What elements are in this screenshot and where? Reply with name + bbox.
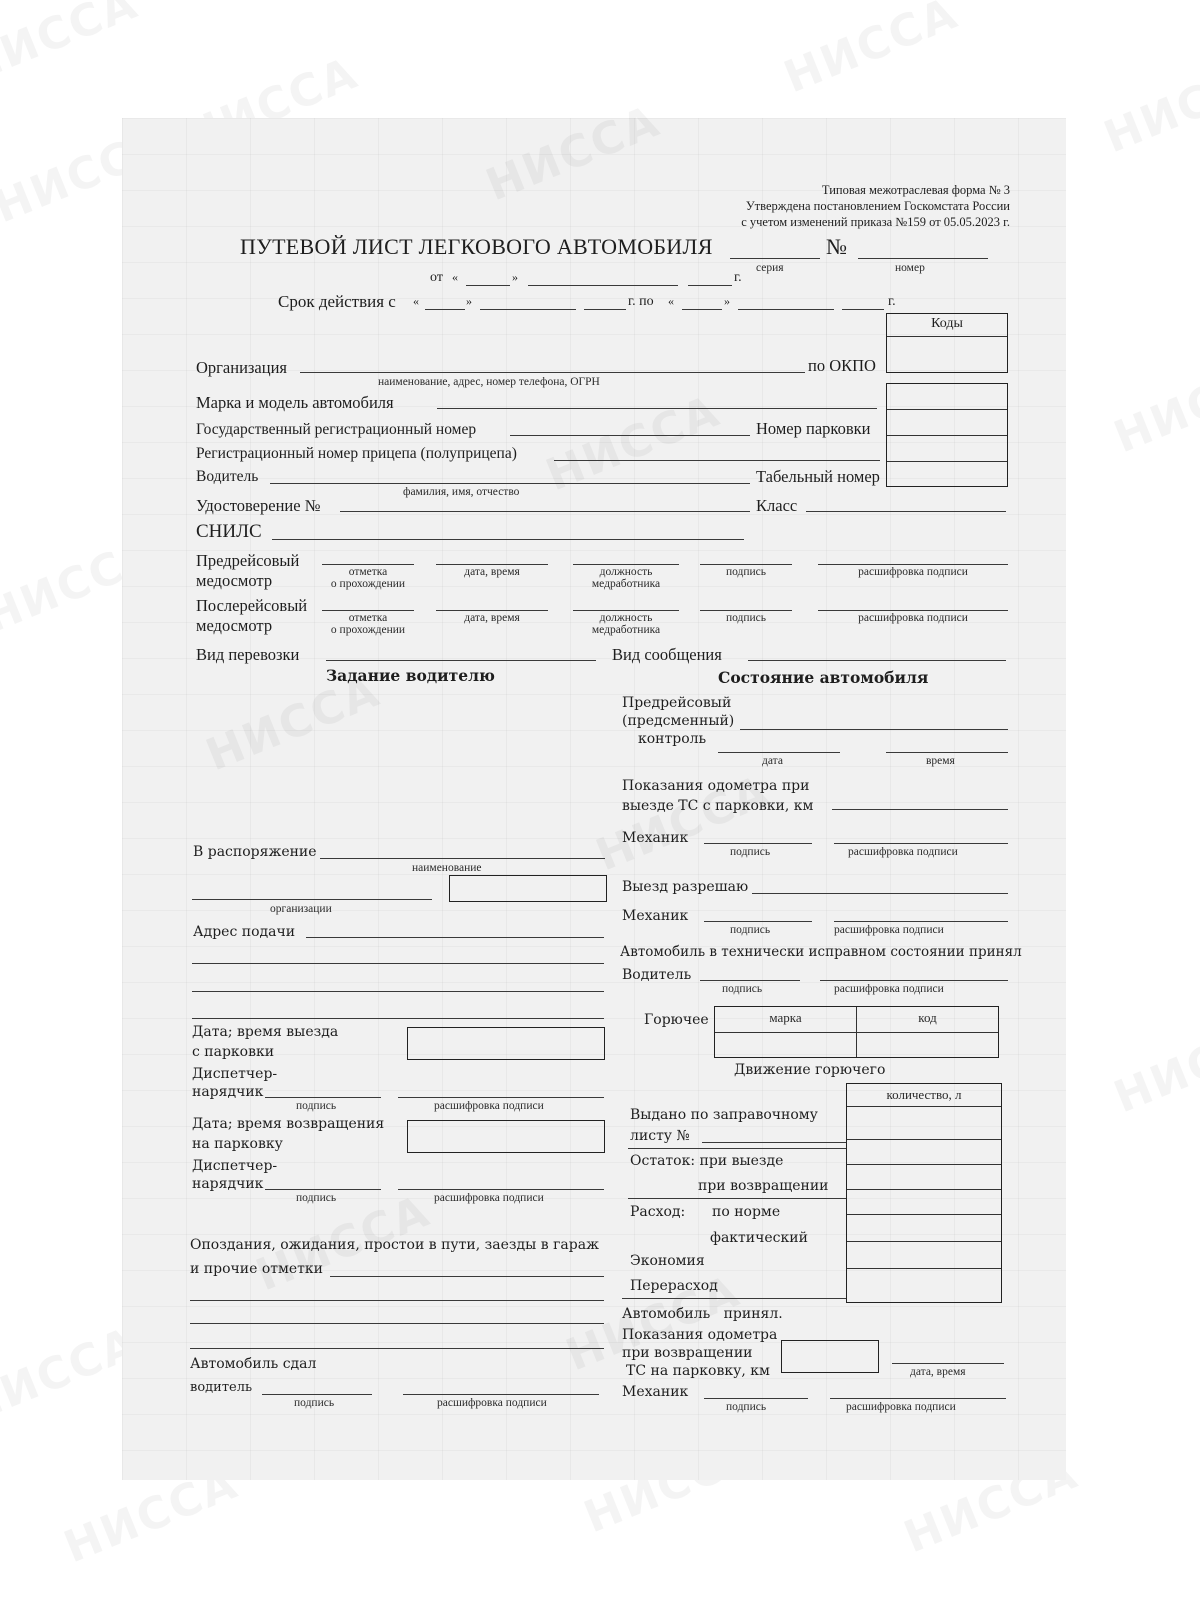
address-field[interactable] [306, 937, 604, 938]
quote-open: « [668, 294, 674, 309]
organization-field[interactable] [300, 372, 805, 373]
mechanic-label: Механик [622, 830, 688, 846]
sign-caption: подпись [730, 846, 770, 858]
pre-trip-line2: медосмотр [196, 571, 299, 591]
medical-caption-line1: должность [573, 612, 679, 624]
medical-caption: должностьмедработника [573, 566, 679, 590]
date-year-field[interactable] [688, 285, 732, 286]
dispatcher-return-sign-field[interactable] [265, 1189, 381, 1190]
post-medical-field-2[interactable] [573, 610, 679, 611]
issued-label: Выдано по заправочному [630, 1107, 818, 1123]
departure-datetime-label: Дата; время выезда с парковки [192, 1022, 338, 1062]
consumption-norm-label: по норме [712, 1204, 780, 1220]
disposal-caption-org: организации [270, 903, 332, 915]
economy-label: Экономия [630, 1253, 705, 1269]
sign-caption: подпись [296, 1192, 336, 1204]
transport-type-field[interactable] [326, 660, 596, 661]
message-type-label: Вид сообщения [612, 645, 722, 665]
medical-caption-line1: дата, время [436, 566, 548, 578]
issued-label-2: листу № [630, 1128, 690, 1144]
return-mechanic-decode-field[interactable] [830, 1398, 1006, 1399]
precontrol-line1: Предрейсовый [622, 694, 734, 712]
address-field-2[interactable] [192, 963, 604, 964]
fuel-label: Горючее [644, 1012, 709, 1028]
dispatcher-return-label: Диспетчер- нарядчик [192, 1157, 277, 1193]
form-approval: Утверждена постановлением Госкомстата Ро… [741, 198, 1010, 214]
delays-field-2[interactable] [190, 1300, 604, 1301]
dispatcher-label: Диспетчер- нарядчик [192, 1065, 277, 1101]
overrun-label: Перерасход [630, 1278, 718, 1294]
decode-caption: расшифровка подписи [437, 1397, 547, 1409]
watermark: НИССА [1107, 348, 1200, 464]
organization-label: Организация [196, 358, 287, 378]
codes-vehicle-box [886, 383, 1008, 487]
post-medical-field-4[interactable] [818, 610, 1008, 611]
mechanic-label: Механик [622, 1384, 688, 1400]
trailer-number-field[interactable] [554, 460, 880, 461]
validity-to-label: г. по [628, 294, 654, 310]
dispatcher-line2: нарядчик [192, 1083, 277, 1101]
watermark: НИССА [0, 0, 145, 93]
watermark: НИССА [1097, 48, 1200, 164]
quote-open: « [413, 294, 419, 309]
date-day-field[interactable] [466, 285, 510, 286]
form-type: Типовая межотраслевая форма № 3 [741, 182, 1010, 198]
return-line1: Дата; время возвращения [192, 1114, 384, 1134]
validity-to-day[interactable] [682, 309, 722, 310]
mechanic-decode-field[interactable] [834, 843, 1008, 844]
license-label: Удостоверение № [196, 496, 320, 516]
decode-caption: расшифровка подписи [434, 1192, 544, 1204]
snils-label: СНИЛС [196, 521, 262, 543]
medical-caption-line2: медработника [573, 578, 679, 590]
fuel-table: марка код [714, 1006, 999, 1058]
okpo-code-cell[interactable] [887, 337, 1007, 372]
fuel-brand-header: марка [715, 1010, 856, 1026]
decode-caption: расшифровка подписи [848, 846, 958, 858]
personnel-number-label: Табельный номер [756, 467, 880, 487]
balance-return-label: при возвращении [698, 1178, 829, 1194]
validity-from-year[interactable] [584, 309, 626, 310]
year-suffix: г. [734, 270, 742, 286]
medical-caption: подпись [700, 612, 792, 624]
address-label: Адрес подачи [193, 924, 295, 940]
quantity-header: количество, л [847, 1087, 1001, 1103]
trailer-number-label: Регистрационный номер прицепа (полуприце… [196, 445, 517, 463]
medical-caption-line1: должность [573, 566, 679, 578]
pre-medical-field-2[interactable] [573, 564, 679, 565]
exit-allowed-field[interactable] [752, 893, 1008, 894]
odometer-out-line1: Показания одометра при [622, 776, 813, 796]
pre-medical-field-1[interactable] [436, 564, 548, 565]
dispatcher-return-decode-field[interactable] [398, 1189, 604, 1190]
post-medical-field-1[interactable] [436, 610, 548, 611]
departure-line2: с парковки [192, 1042, 338, 1062]
handed-decode-field[interactable] [403, 1394, 599, 1395]
pre-medical-field-3[interactable] [700, 564, 792, 565]
form-amendment: с учетом изменений приказа №159 от 05.05… [741, 214, 1010, 230]
delays-label-2: и прочие отметки [190, 1261, 323, 1277]
mechanic-sign-field[interactable] [704, 843, 812, 844]
exit-mechanic-decode-field[interactable] [834, 921, 1008, 922]
sign-caption: подпись [294, 1397, 334, 1409]
address-field-3[interactable] [192, 991, 604, 992]
medical-caption-line1: расшифровка подписи [818, 566, 1008, 578]
driver-sign-field[interactable] [700, 980, 800, 981]
medical-caption-line1: отметка [322, 612, 414, 624]
exit-mechanic-sign-field[interactable] [704, 921, 812, 922]
driver-decode-field[interactable] [820, 980, 1008, 981]
mechanic-label: Механик [622, 908, 688, 924]
form-header: Типовая межотраслевая форма № 3 Утвержде… [741, 182, 1010, 230]
address-field-4[interactable] [192, 1018, 604, 1019]
okpo-label: по ОКПО [808, 356, 876, 376]
return-mechanic-sign-field[interactable] [704, 1398, 808, 1399]
reg-number-label: Государственный регистрационный номер [196, 421, 476, 439]
odometer-in-box[interactable] [781, 1340, 879, 1373]
odometer-in-line3: ТС на парковку, км [622, 1362, 777, 1380]
medical-caption-line1: отметка [322, 566, 414, 578]
decode-caption: расшифровка подписи [434, 1100, 544, 1112]
dispatcher-line1: Диспетчер- [192, 1065, 277, 1083]
medical-caption: дата, время [436, 612, 548, 624]
series-field[interactable] [730, 258, 820, 259]
divider [628, 1198, 846, 1199]
medical-caption: расшифровка подписи [818, 566, 1008, 578]
odometer-out-field[interactable] [832, 809, 1008, 810]
precontrol-line2: (предсменный) [622, 712, 734, 730]
validity-label: Срок действия с [278, 292, 396, 312]
class-label: Класс [756, 496, 797, 516]
number-field[interactable] [858, 258, 988, 259]
watermark: НИССА [479, 96, 667, 212]
decode-caption: расшифровка подписи [846, 1401, 956, 1413]
post-trip-line2: медосмотр [196, 616, 307, 636]
departure-line1: Дата; время выезда [192, 1022, 338, 1042]
disposal-field-2[interactable] [192, 899, 432, 900]
parking-number-label: Номер парковки [756, 419, 870, 439]
codes-header: Коды [887, 316, 1007, 332]
car-model-field[interactable] [437, 408, 877, 409]
watermark: НИССА [777, 0, 965, 103]
odometer-in-line2: при возвращении [622, 1344, 777, 1362]
validity-from-day[interactable] [425, 309, 465, 310]
vehicle-state-title: Состояние автомобиля [718, 668, 928, 687]
issued-sheet-number-field[interactable] [702, 1142, 846, 1143]
return-line2: на парковку [192, 1134, 384, 1154]
pre-trip-line1: Предрейсовый [196, 551, 299, 571]
organization-caption: наименование, адрес, номер телефона, ОГР… [378, 376, 600, 388]
consumption-label: Расход: [630, 1204, 685, 1220]
quote-close: » [724, 294, 730, 309]
handed-sign-field[interactable] [262, 1394, 372, 1395]
sign-caption: подпись [296, 1100, 336, 1112]
post-trip-line1: Послерейсовый [196, 596, 307, 616]
odometer-in-label: Показания одометра при возвращении ТС на… [622, 1326, 777, 1380]
precontrol-label: Предрейсовый (предсменный) контроль [622, 694, 734, 748]
medical-caption-line1: подпись [700, 566, 792, 578]
dispatcher-line2: нарядчик [192, 1175, 277, 1193]
delays-label: Опоздания, ожидания, простои в пути, зае… [190, 1237, 599, 1253]
dispatcher-decode-field[interactable] [398, 1097, 604, 1098]
sign-caption: подпись [730, 924, 770, 936]
dispatcher-line1: Диспетчер- [192, 1157, 277, 1175]
medical-caption: отметкао прохождении [322, 612, 414, 636]
medical-caption: должностьмедработника [573, 612, 679, 636]
medical-caption-line2: медработника [573, 624, 679, 636]
series-caption: серия [756, 262, 784, 274]
validity-from-month[interactable] [480, 309, 576, 310]
pre-trip-medical-label: Предрейсовый медосмотр [196, 551, 299, 591]
number-caption: номер [895, 262, 925, 274]
medical-caption-line1: дата, время [436, 612, 548, 624]
handed-driver-label: водитель [190, 1380, 252, 1395]
medical-caption-line2: о прохождении [322, 624, 414, 636]
sign-caption: подпись [722, 983, 762, 995]
decode-caption: расшифровка подписи [834, 983, 944, 995]
driver-label: Водитель [196, 468, 258, 486]
medical-caption: подпись [700, 566, 792, 578]
medical-caption: дата, время [436, 566, 548, 578]
date-from-label: от [430, 270, 443, 286]
validity-to-year[interactable] [842, 309, 884, 310]
snils-field[interactable] [272, 539, 744, 540]
reg-number-field[interactable] [510, 435, 750, 436]
return-datetime-label: Дата; время возвращения на парковку [192, 1114, 384, 1154]
medical-caption: отметкао прохождении [322, 566, 414, 590]
validity-to-month[interactable] [738, 309, 834, 310]
quote-close: » [512, 270, 518, 285]
disposal-code-box[interactable] [449, 875, 607, 902]
driver-label: Водитель [622, 967, 691, 983]
precontrol-line3: контроль [622, 730, 734, 748]
exit-allowed-label: Выезд разрешаю [622, 879, 748, 895]
codes-okpo-box: Коды [886, 313, 1008, 373]
fuel-code-header: код [857, 1010, 998, 1026]
accepted-text: Автомобиль в технически исправном состоя… [620, 944, 1022, 960]
driver-task-title: Задание водителю [326, 666, 495, 685]
date-month-field[interactable] [528, 285, 678, 286]
disposal-label: В распоряжение [193, 844, 317, 860]
time-caption: время [926, 755, 955, 767]
fuel-quantity-column: количество, л [846, 1083, 1002, 1303]
watermark: НИССА [1107, 1008, 1200, 1124]
handed-over-label: Автомобиль сдал [190, 1356, 316, 1372]
medical-caption-line1: подпись [700, 612, 792, 624]
odometer-in-datetime-field[interactable] [892, 1363, 1004, 1364]
number-sign: № [826, 234, 847, 260]
medical-caption-line1: расшифровка подписи [818, 612, 1008, 624]
divider [622, 1298, 846, 1299]
precontrol-field[interactable] [740, 729, 1008, 730]
driver-field[interactable] [270, 483, 750, 484]
precontrol-date-field[interactable] [718, 752, 840, 753]
pre-medical-field-0[interactable] [322, 564, 414, 565]
odometer-out-label: Показания одометра при выезде ТС с парко… [622, 776, 813, 816]
post-medical-field-0[interactable] [322, 610, 414, 611]
post-medical-field-3[interactable] [700, 610, 792, 611]
decode-caption: расшифровка подписи [834, 924, 944, 936]
car-accepted-label: Автомобиль принял. [622, 1306, 783, 1322]
quote-close: » [466, 294, 472, 309]
consumption-actual-label: фактический [710, 1230, 808, 1246]
divider [628, 1148, 846, 1149]
precontrol-time-field[interactable] [886, 752, 1008, 753]
sign-caption: подпись [726, 1401, 766, 1413]
year-suffix: г. [888, 294, 896, 310]
transport-type-label: Вид перевозки [196, 645, 299, 665]
delays-field-4[interactable] [190, 1348, 604, 1349]
departure-datetime-box[interactable] [407, 1027, 605, 1060]
datetime-caption: дата, время [910, 1366, 966, 1378]
post-trip-medical-label: Послерейсовый медосмотр [196, 596, 307, 636]
fuel-code-cell[interactable] [857, 1033, 998, 1057]
page-title: ПУТЕВОЙ ЛИСТ ЛЕГКОВОГО АВТОМОБИЛЯ [240, 234, 713, 260]
fuel-brand-cell[interactable] [715, 1033, 856, 1057]
medical-caption: расшифровка подписи [818, 612, 1008, 624]
class-field[interactable] [806, 511, 1006, 512]
fuel-movement-title: Движение горючего [734, 1062, 885, 1078]
odometer-out-line2: выезде ТС с парковки, км [622, 796, 813, 816]
pre-medical-field-4[interactable] [818, 564, 1008, 565]
car-model-label: Марка и модель автомобиля [196, 393, 394, 413]
license-field[interactable] [340, 511, 750, 512]
medical-caption-line2: о прохождении [322, 578, 414, 590]
delays-field[interactable] [330, 1276, 604, 1277]
return-datetime-box[interactable] [407, 1120, 605, 1153]
date-caption: дата [762, 755, 783, 767]
odometer-in-line1: Показания одометра [622, 1326, 777, 1344]
driver-caption: фамилия, имя, отчество [403, 486, 519, 498]
quote-open: « [452, 270, 458, 285]
disposal-caption-name: наименование [412, 862, 482, 874]
dispatcher-sign-field[interactable] [265, 1097, 381, 1098]
balance-label: Остаток: при выезде [630, 1153, 783, 1169]
message-type-field[interactable] [748, 660, 1006, 661]
delays-field-3[interactable] [190, 1323, 604, 1324]
disposal-field[interactable] [320, 858, 605, 859]
